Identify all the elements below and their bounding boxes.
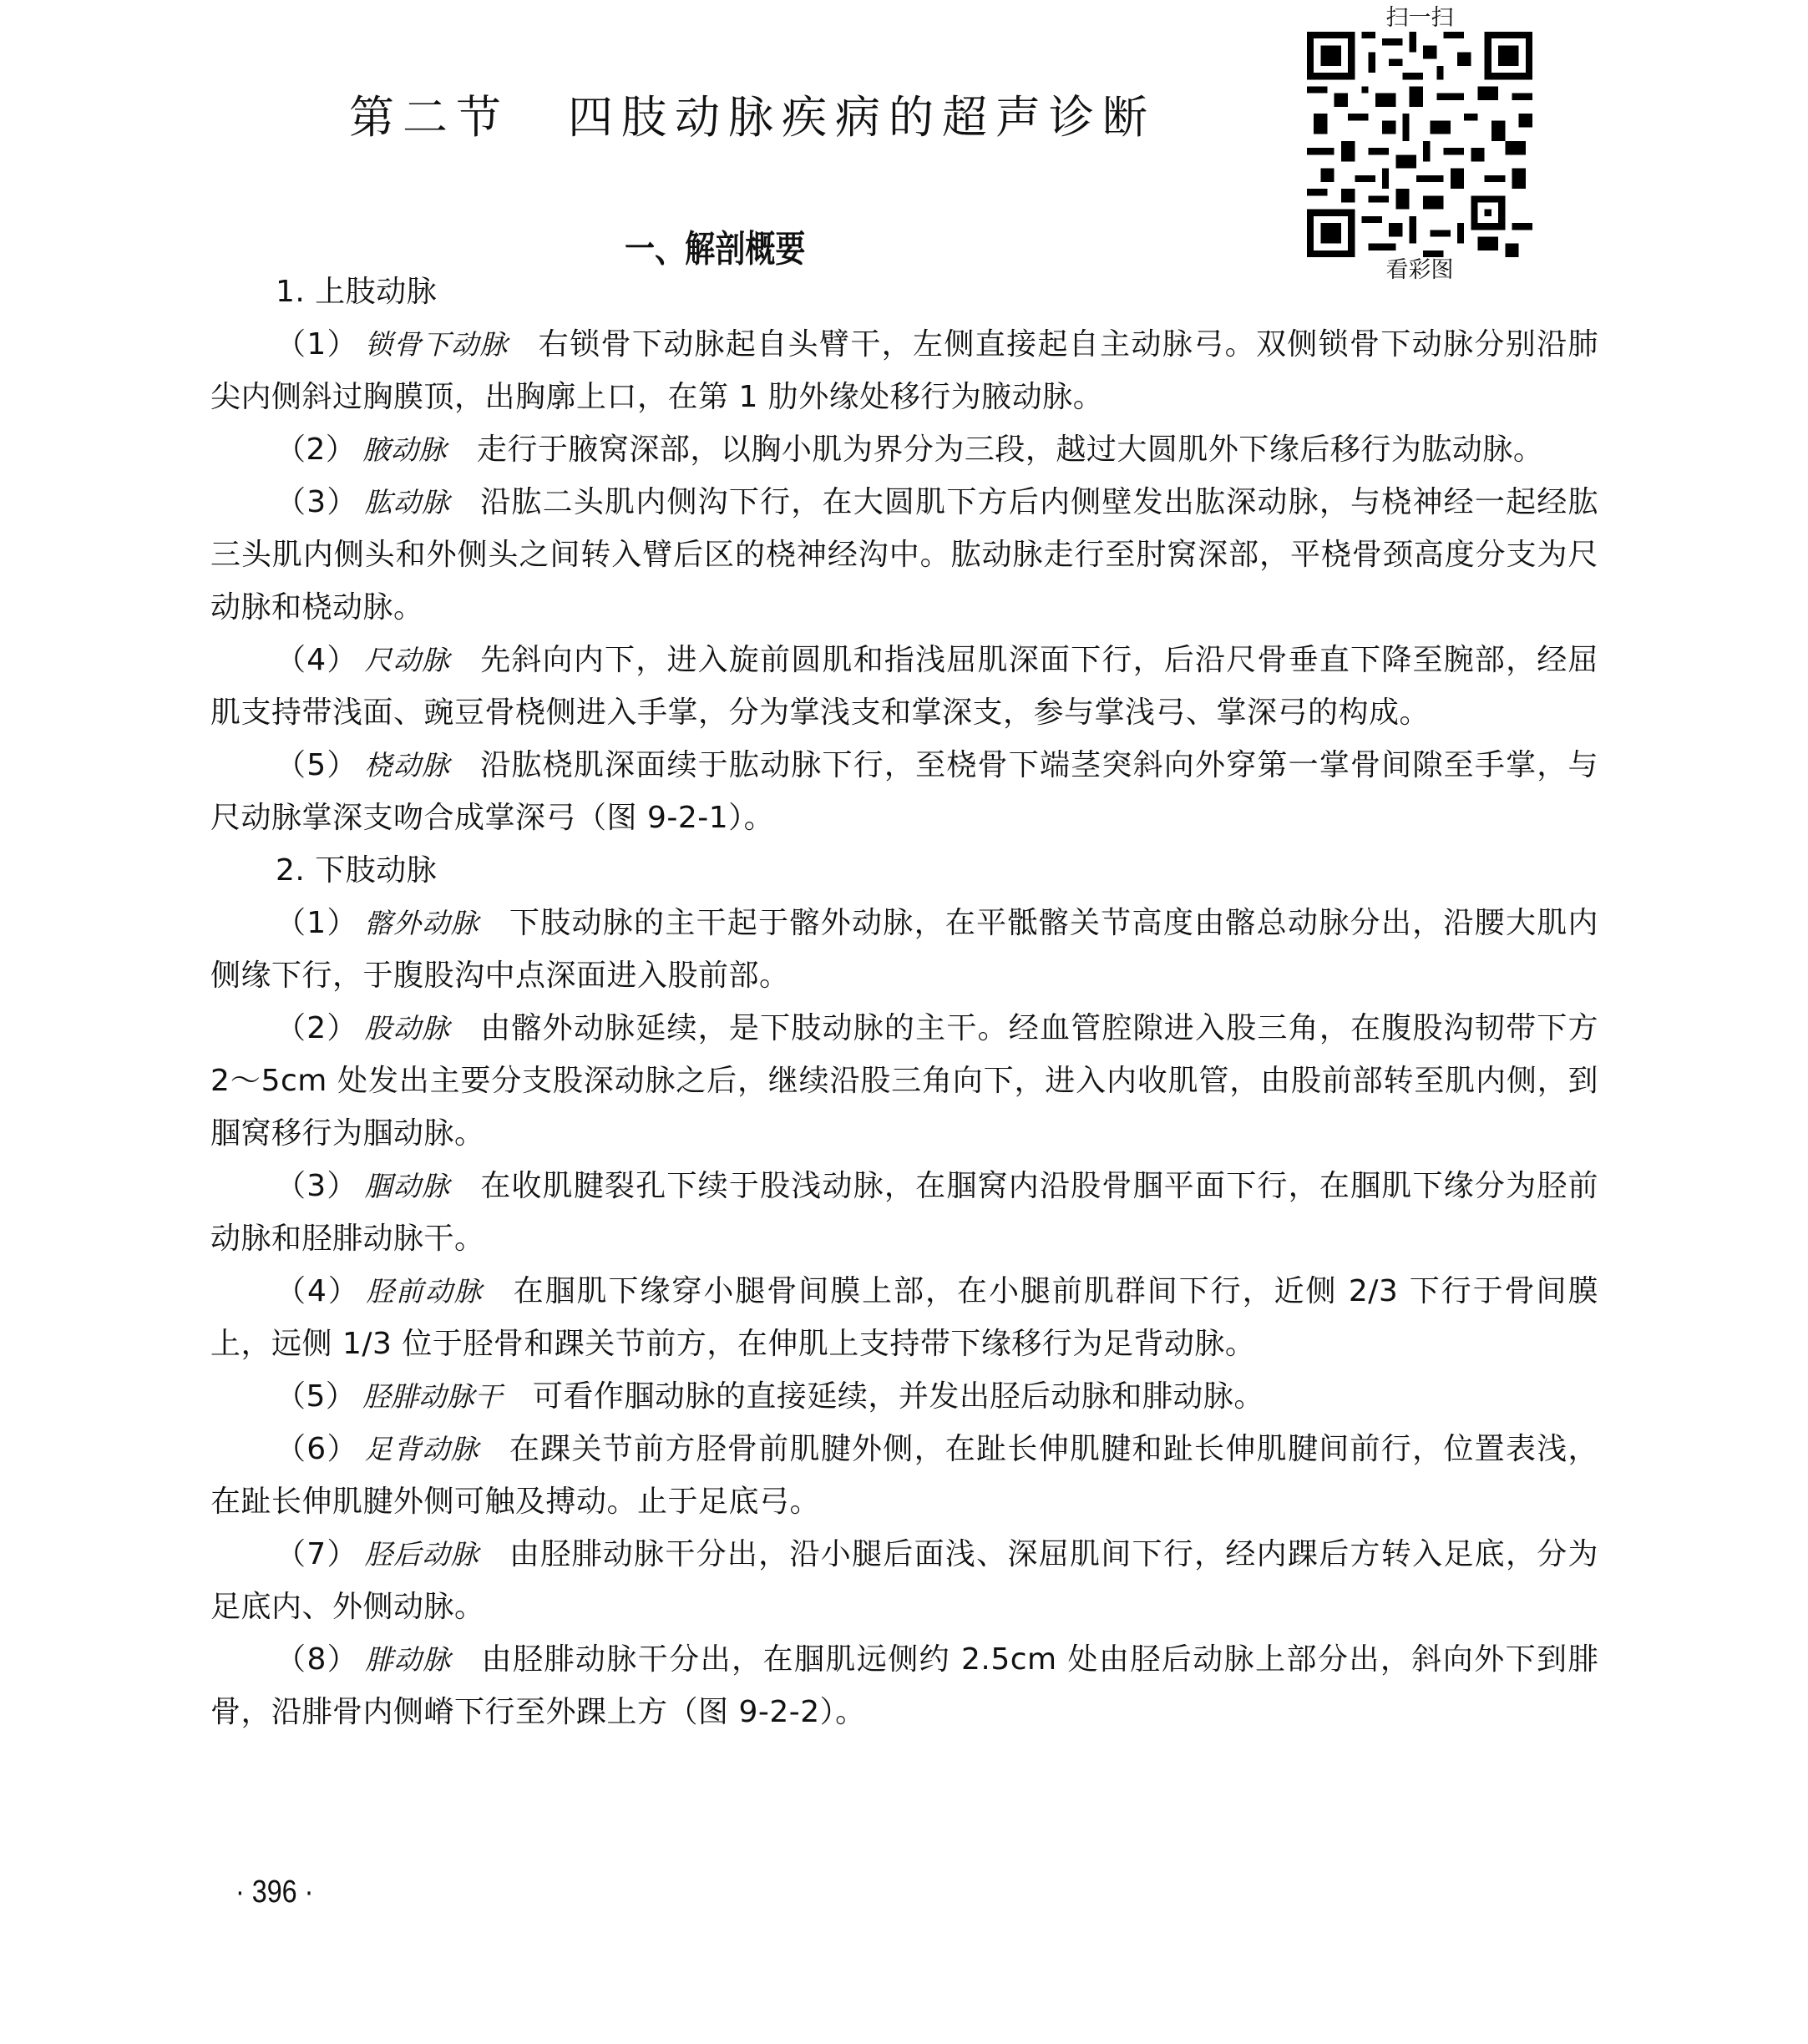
paragraph-external-iliac-artery: （1）髂外动脉下肢动脉的主干起于髂外动脉，在平骶髂关节高度由髂总动脉分出，沿腰大… [210,897,1598,1002]
body-text: 1. 上肢动脉 （1）锁骨下动脉右锁骨下动脉起自头臂干，左侧直接起自主动脉弓。双… [210,266,1598,1738]
group-heading-lower-limb: 2. 下肢动脉 [210,844,1598,897]
item-number: （1） [276,327,358,362]
paragraph-peroneal-artery: （8）腓动脉由胫腓动脉干分出，在腘肌远侧约 2.5cm 处由胫后动脉上部分出，斜… [210,1633,1598,1738]
item-number: （2） [276,433,356,467]
page-title: 第二节四肢动脉疾病的超声诊断 [349,82,1156,146]
item-term: 胫后动脉 [365,1538,479,1571]
item-number: （2） [276,1011,358,1045]
item-term: 腋动脉 [362,433,447,466]
item-text: 走行于腋窝深部，以胸小肌为界分为三段，越过大圆肌外下缘后移行为肱动脉。 [477,433,1544,467]
item-term: 足背动脉 [365,1433,479,1465]
item-term: 胫腓动脉干 [362,1380,503,1413]
item-number: （4） [276,1274,360,1308]
paragraph-tibioperoneal-trunk: （5）胫腓动脉干可看作腘动脉的直接延续，并发出胫后动脉和腓动脉。 [210,1370,1598,1423]
page-number: · 396 · [235,1875,313,1910]
item-number: （3） [276,485,358,519]
item-term: 髂外动脉 [365,907,479,939]
qr-top-caption: 扫一扫 [1303,5,1537,32]
group-heading-upper-limb: 1. 上肢动脉 [210,266,1598,318]
item-number: （5） [276,748,358,782]
item-term: 胫前动脉 [367,1275,484,1308]
paragraph-popliteal-artery: （3）腘动脉在收肌腱裂孔下续于股浅动脉，在腘窝内沿股骨腘平面下行，在腘肌下缘分为… [210,1160,1598,1265]
paragraph-ulnar-artery: （4）尺动脉先斜向内下，进入旋前圆肌和指浅屈肌深面下行，后沿尺骨垂直下降至腕部，… [210,634,1598,739]
item-term: 桡动脉 [365,749,451,782]
paragraph-dorsalis-pedis-artery: （6）足背动脉在踝关节前方胫骨前肌腱外侧，在趾长伸肌腱和趾长伸肌腱间前行，位置表… [210,1423,1598,1528]
item-term: 腓动脉 [365,1643,451,1676]
section-heading: 一、解剖概要 [625,219,805,272]
item-term: 股动脉 [365,1012,451,1045]
item-number: （3） [276,1169,358,1203]
item-term: 肱动脉 [365,486,451,519]
item-number: （1） [276,906,358,940]
paragraph-femoral-artery: （2）股动脉由髂外动脉延续，是下肢动脉的主干。经血管腔隙进入股三角，在腹股沟韧带… [210,1002,1598,1160]
item-number: （7） [276,1537,358,1571]
item-number: （6） [276,1432,358,1466]
item-term: 尺动脉 [365,644,451,676]
paragraph-brachial-artery: （3）肱动脉沿肱二头肌内侧沟下行，在大圆肌下方后内侧壁发出肱深动脉，与桡神经一起… [210,476,1598,634]
item-number: （8） [276,1642,358,1677]
paragraph-radial-artery: （5）桡动脉沿肱桡肌深面续于肱动脉下行，至桡骨下端茎突斜向外穿第一掌骨间隙至手掌… [210,739,1598,844]
paragraph-subclavian-artery: （1）锁骨下动脉右锁骨下动脉起自头臂干，左侧直接起自主动脉弓。双侧锁骨下动脉分别… [210,318,1598,423]
item-number: （4） [276,643,358,677]
section-number: 第二节 [349,91,509,144]
section-title: 四肢动脉疾病的超声诊断 [568,91,1156,144]
item-text: 可看作腘动脉的直接延续，并发出胫后动脉和腓动脉。 [533,1379,1264,1414]
item-term: 锁骨下动脉 [365,328,509,361]
paragraph-posterior-tibial-artery: （7）胫后动脉由胫腓动脉干分出，沿小腿后面浅、深屈肌间下行，经内踝后方转入足底，… [210,1528,1598,1633]
paragraph-axillary-artery: （2）腋动脉走行于腋窝深部，以胸小肌为界分为三段，越过大圆肌外下缘后移行为肱动脉… [210,423,1598,476]
qr-code-icon[interactable] [1307,32,1532,257]
qr-code-block: 扫一扫 看彩图 [1303,5,1537,284]
item-number: （5） [276,1379,356,1414]
item-term: 腘动脉 [365,1170,451,1202]
paragraph-anterior-tibial-artery: （4）胫前动脉在腘肌下缘穿小腿骨间膜上部，在小腿前肌群间下行，近侧 2/3 下行… [210,1265,1598,1370]
